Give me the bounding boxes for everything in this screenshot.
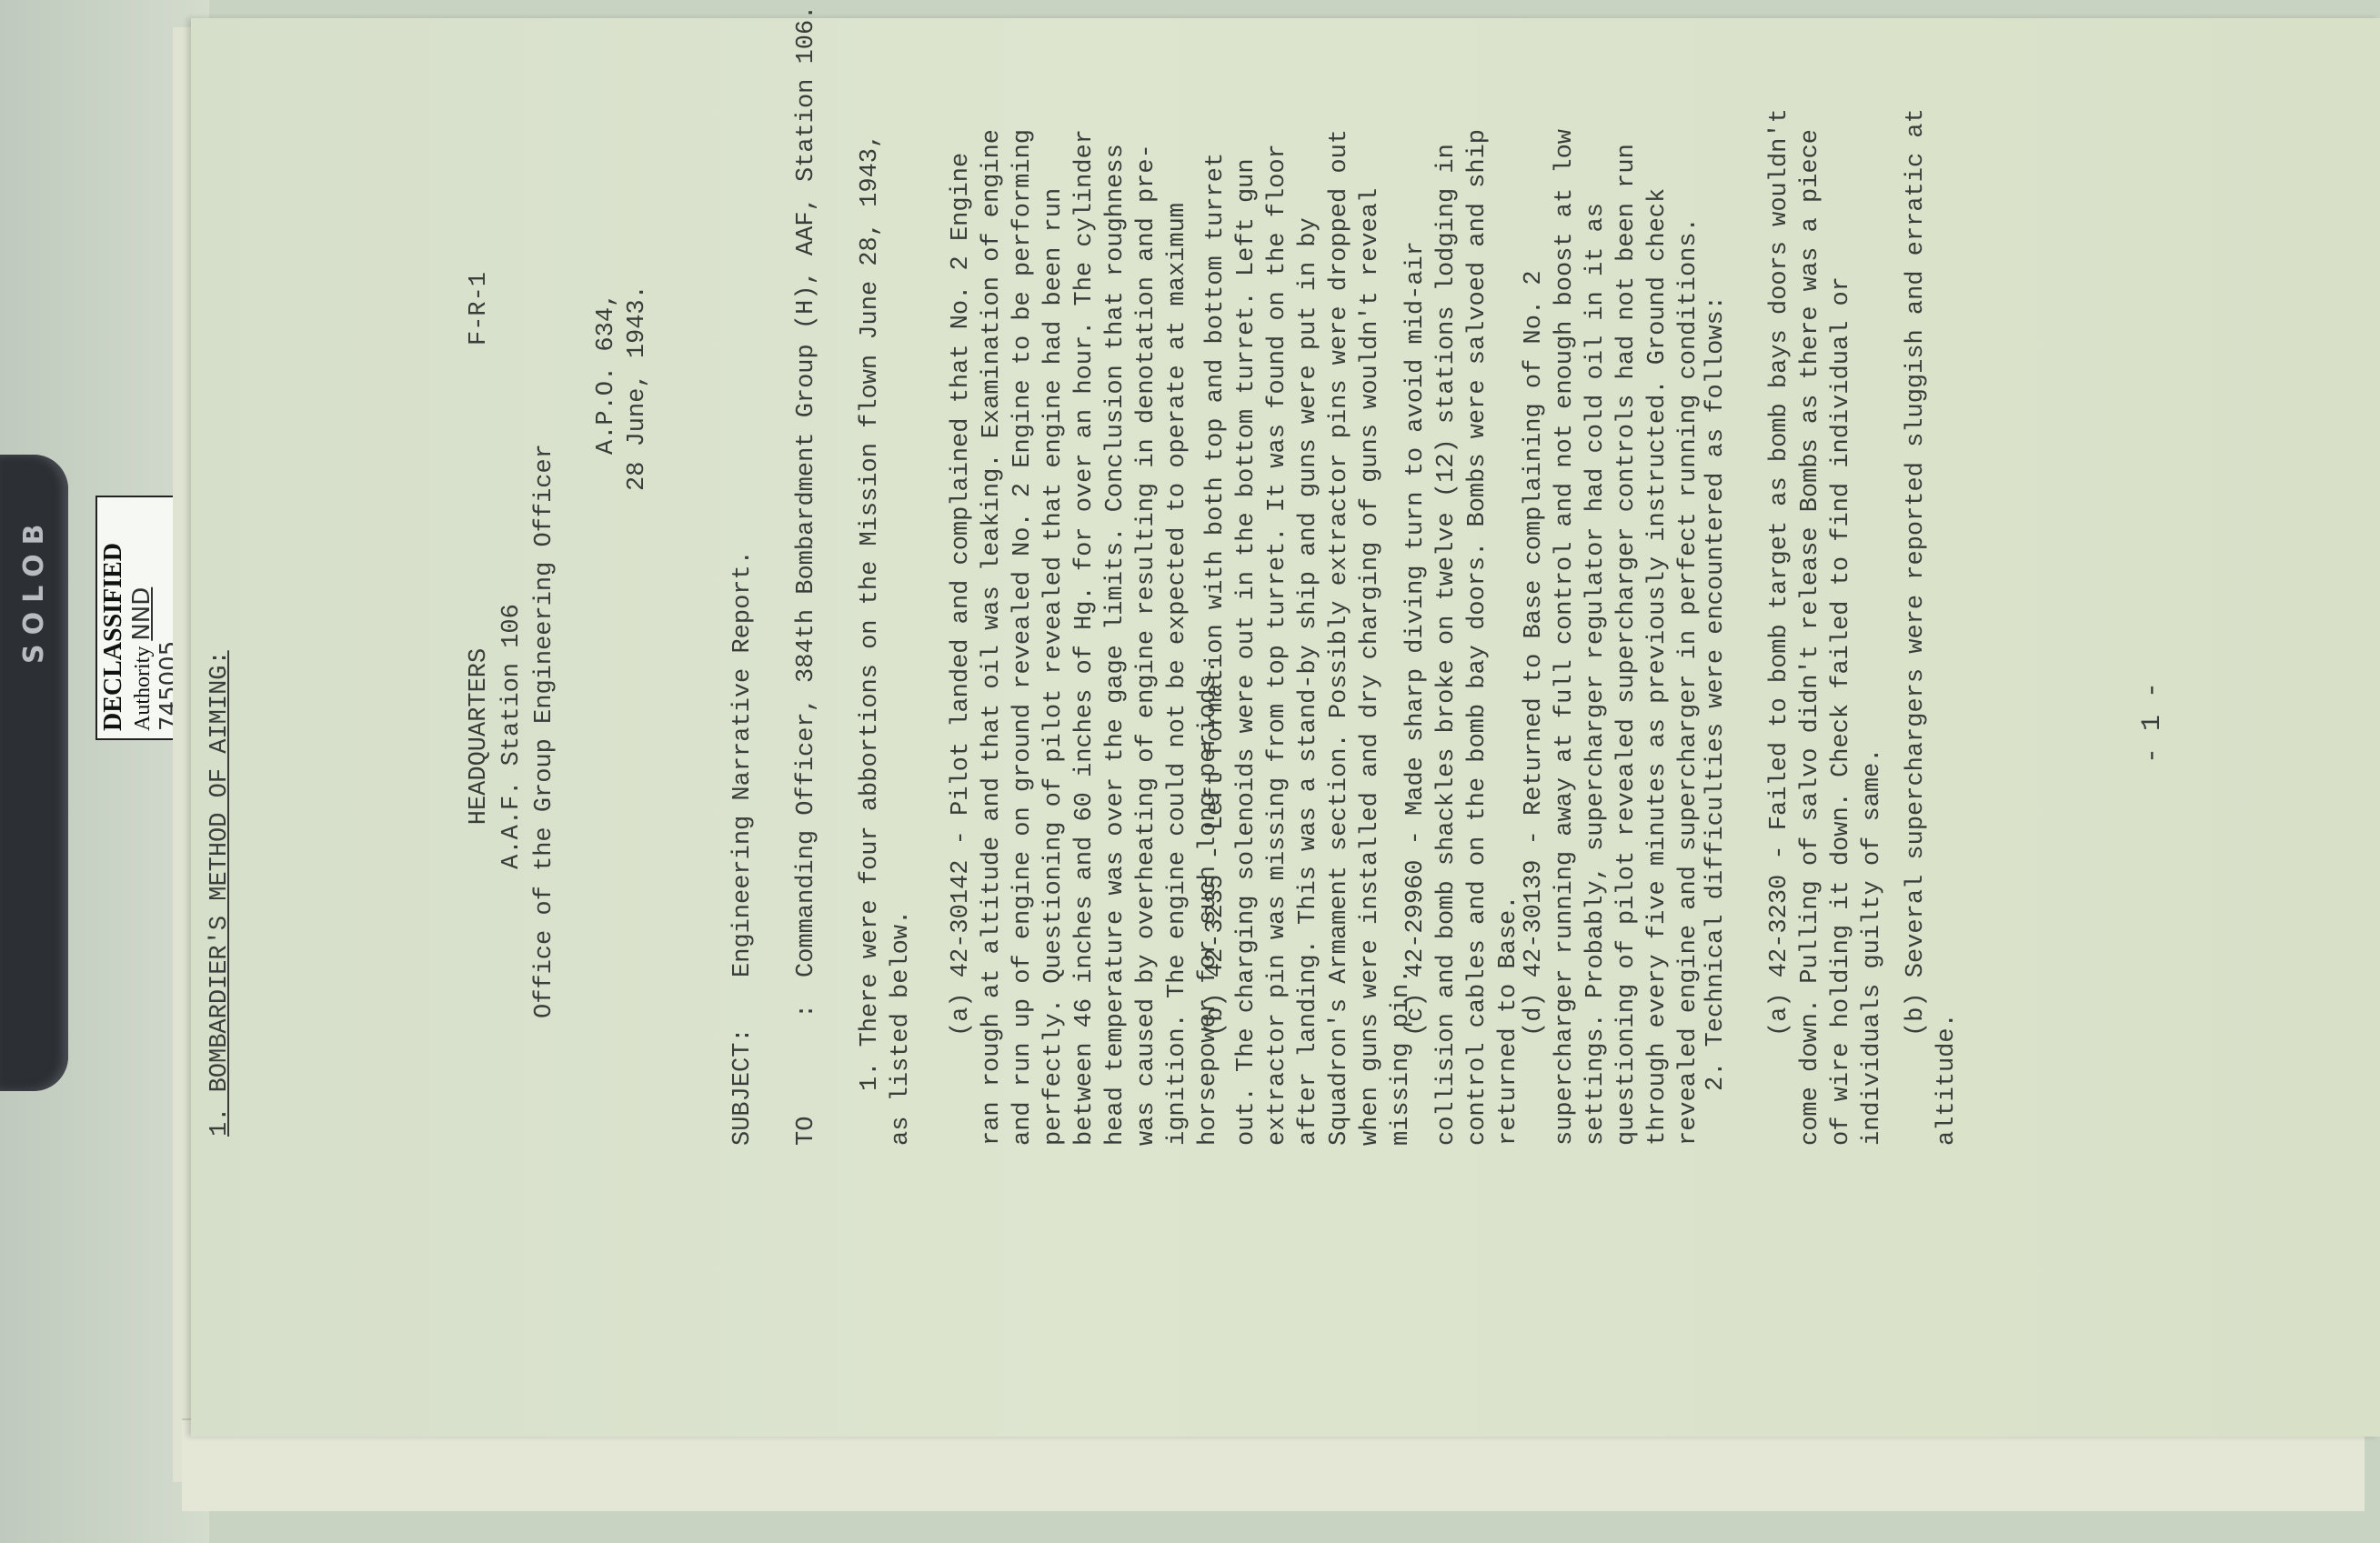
item-1b: (b) 42-3235 - Left formation with both t… (1200, 100, 1417, 1146)
stapler-brand: SOLOB (18, 515, 50, 664)
subject-text: Engineering Narrative Report. (728, 550, 758, 977)
to-colon: : (791, 1004, 822, 1018)
reference-code: F-R-1 (464, 272, 495, 346)
document-page: 1. BOMBARDIER'S METHOD OF AIMING: F-R-1 … (191, 18, 2380, 1437)
item-1a: (a) 42-30142 - Pilot landed and complain… (946, 100, 1224, 1146)
header-line-3: Office of the Group Engineering Officer (529, 455, 560, 1018)
item-text: 42-30142 - Pilot landed and complained t… (948, 129, 1222, 1146)
paragraph-1: 1. There were four abbortions on the Mis… (855, 100, 917, 1146)
item-1d: (d) 42-30139 - Returned to Base complain… (1519, 100, 1704, 1146)
document-date: 28 June, 1943. (622, 285, 653, 491)
item-text: 42-3230 - Failed to bomb target as bomb … (1766, 108, 1886, 1146)
item-1c: (c) 42-29960 - Made sharp diving turn to… (1401, 100, 1524, 1146)
item-label: (b) (1903, 992, 1930, 1037)
header-line-1: HEADQUARTERS (464, 546, 495, 927)
authority-label: Authority (131, 646, 155, 731)
subject-label: SUBJECT: (728, 1027, 758, 1146)
item-2a: (a) 42-3230 - Failed to bomb target as b… (1764, 100, 1888, 1146)
top-sheet-fragment: 1. BOMBARDIER'S METHOD OF AIMING: (205, 650, 236, 1137)
item-label: (d) (1521, 992, 1548, 1037)
item-text: 42-3235 - Left formation with both top a… (1202, 129, 1415, 1146)
paragraph-2: 2. Technical difficulties were encounter… (1701, 100, 1732, 1146)
item-label: (a) (1766, 992, 1793, 1037)
to-text: Commanding Officer, 384th Bombardment Gr… (791, 5, 822, 977)
apo-number: A.P.O. 634, (591, 293, 622, 455)
page-number: - 1 - (2137, 682, 2168, 764)
document-sheet: 1. BOMBARDIER'S METHOD OF AIMING: F-R-1 … (191, 18, 2380, 1437)
stapler: SOLOB (0, 455, 68, 1091)
item-text: Several superchargers were reported slug… (1903, 108, 1961, 1146)
item-label: (a) (948, 992, 975, 1037)
header-line-2: A.A.F. Station 106 (497, 546, 527, 927)
item-2b: (b) Several superchargers were reported … (1901, 100, 1963, 1146)
item-label: (b) (1202, 992, 1230, 1037)
declassified-title: DECLASSIFIED (99, 497, 128, 731)
item-label: (c) (1402, 992, 1430, 1037)
item-text: 42-30139 - Returned to Base complaining … (1521, 129, 1702, 1146)
to-label: TO (791, 1117, 822, 1146)
